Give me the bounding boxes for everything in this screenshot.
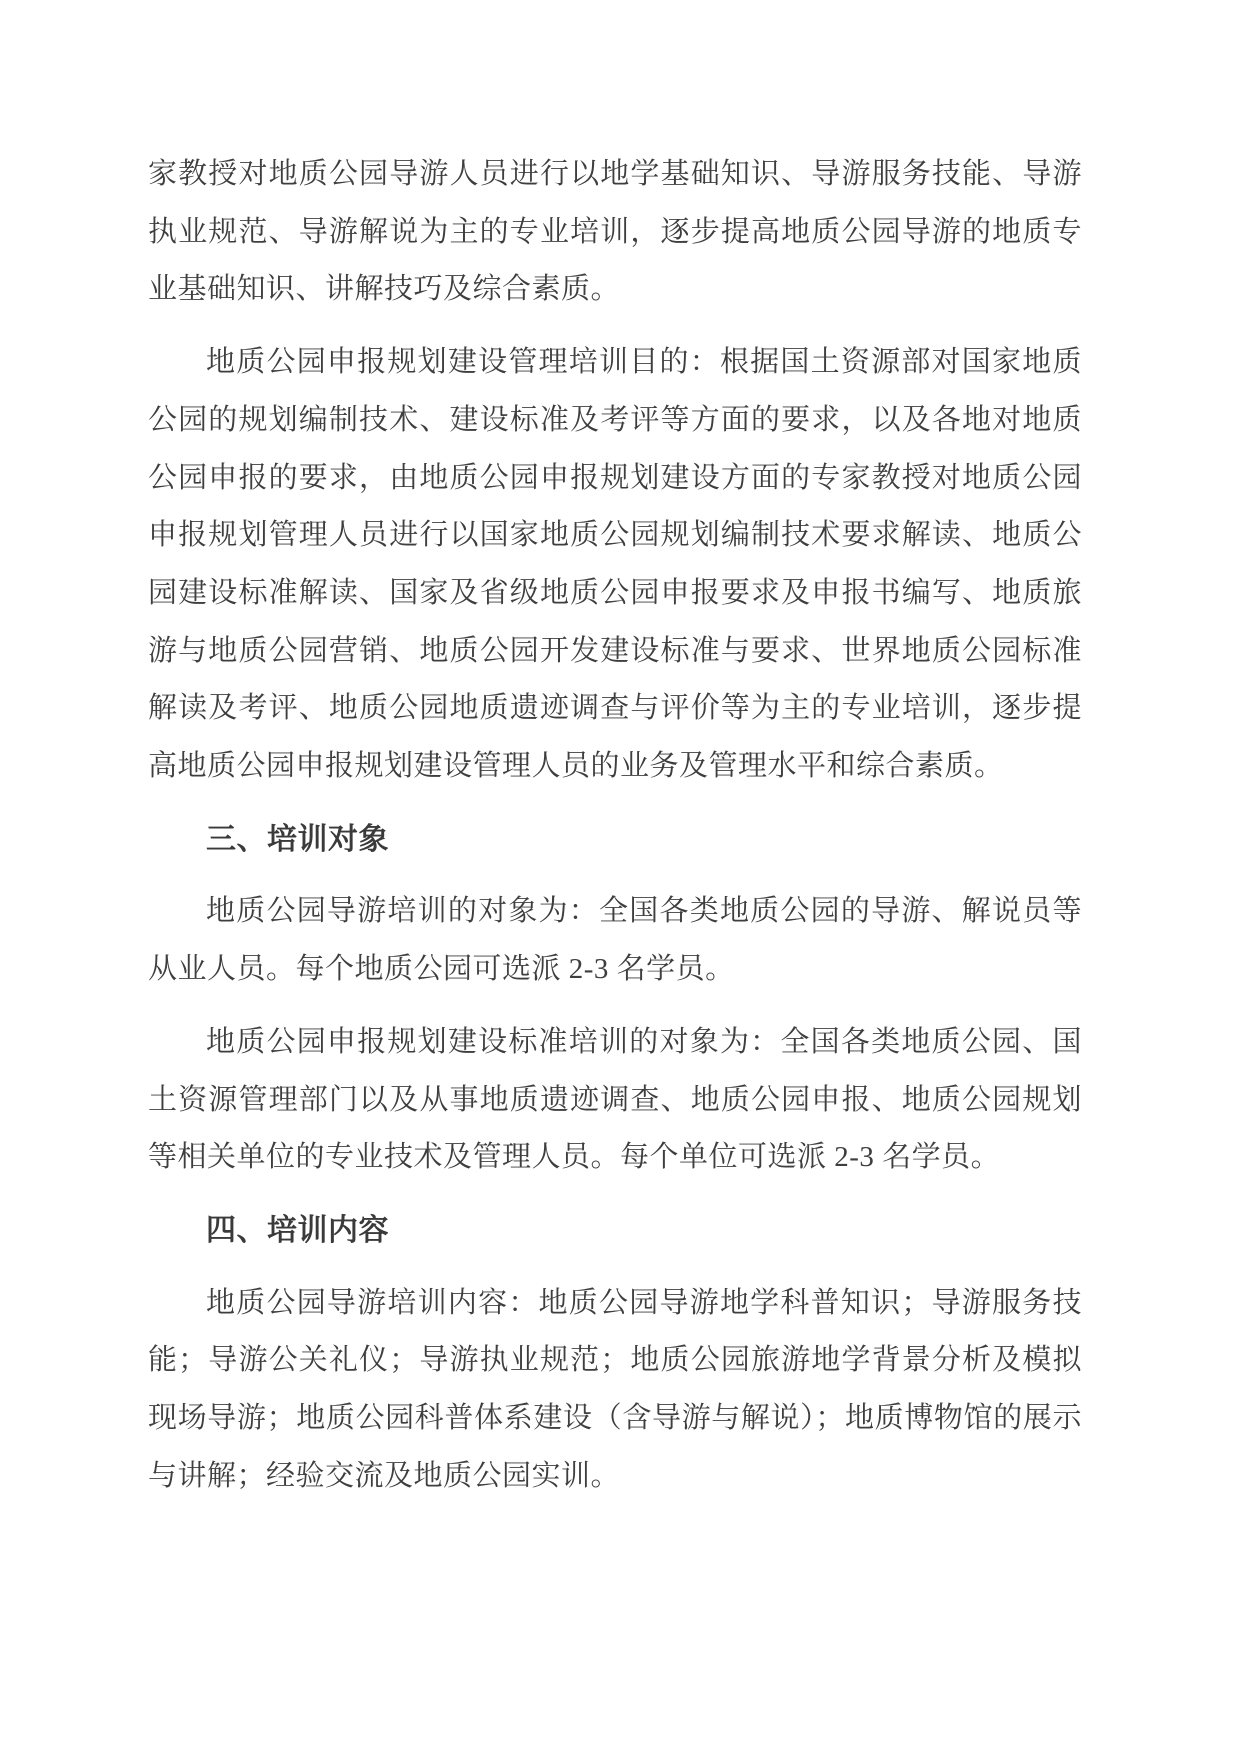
paragraph-training-goal-guide-continuation: 家教授对地质公园导游人员进行以地学基础知识、导游服务技能、导游执业规范、导游解说… [148,146,1082,319]
paragraph-training-goal-planning: 地质公园申报规划建设管理培训目的：根据国土资源部对国家地质公园的规划编制技术、建… [148,334,1082,796]
paragraph-planning-training-targets: 地质公园申报规划建设标准培训的对象为：全国各类地质公园、国土资源管理部门以及从事… [148,1014,1082,1187]
section-heading-training-content: 四、培训内容 [148,1202,1082,1260]
document-page: 家教授对地质公园导游人员进行以地学基础知识、导游服务技能、导游执业规范、导游解说… [0,0,1240,1754]
paragraph-guide-training-content: 地质公园导游培训内容：地质公园导游地学科普知识；导游服务技能；导游公关礼仪；导游… [148,1275,1082,1506]
document-content: 家教授对地质公园导游人员进行以地学基础知识、导游服务技能、导游执业规范、导游解说… [148,146,1082,1520]
paragraph-guide-training-targets: 地质公园导游培训的对象为：全国各类地质公园的导游、解说员等从业人员。每个地质公园… [148,883,1082,998]
section-heading-training-targets: 三、培训对象 [148,811,1082,869]
